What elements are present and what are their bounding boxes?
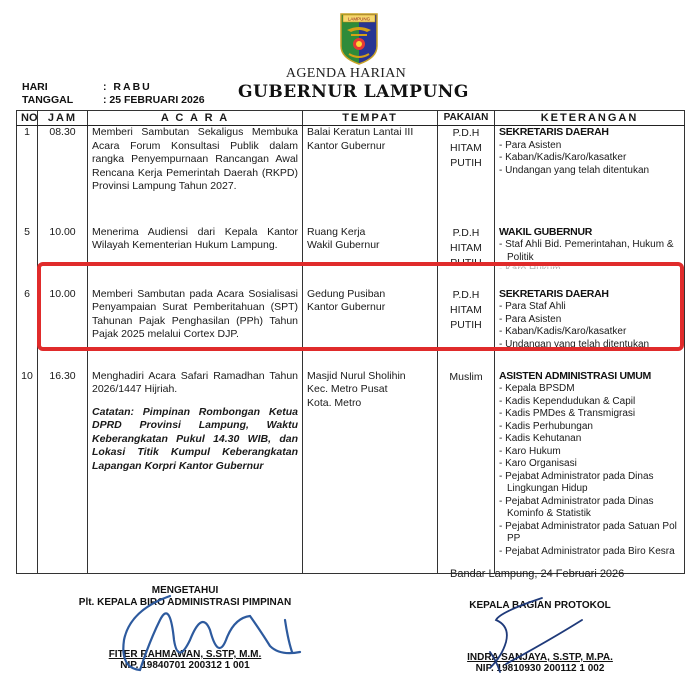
tempat-line: Masjid Nurul Sholihin (307, 370, 433, 384)
keterangan-item: - Staf Ahli Bid. Pemerintahan, Hukum & P… (499, 239, 680, 264)
keterangan-item: - Para Asisten (499, 140, 680, 153)
keterangan-item: - Pejabat Administrator pada Dinas Lingk… (499, 471, 680, 496)
left-signer-name: FITER RAHMAWAN, S.STP, M.M. (40, 649, 330, 660)
lampung-coat-of-arms-logo: LAMPUNG (339, 12, 379, 66)
cell-jam: 10.00 (38, 226, 88, 276)
pakaian-line: HITAM (442, 303, 490, 318)
keterangan-item: - Kadis PMDes & Transmigrasi (499, 408, 680, 421)
keterangan-item: - Karo Hukum (499, 446, 680, 459)
keterangan-head: ASISTEN ADMINISTRASI UMUM (499, 370, 680, 384)
agenda-table: NO JAM A C A R A TEMPAT PAKAIAN KETERANG… (16, 110, 685, 574)
keterangan-head: SEKRETARIS DAERAH (499, 126, 680, 140)
tempat-line: Balai Keratun Lantai III (307, 126, 433, 140)
col-header-pakaian: PAKAIAN (438, 111, 495, 126)
keterangan-item: - Kadis Kependudukan & Capil (499, 396, 680, 409)
svg-text:LAMPUNG: LAMPUNG (348, 17, 371, 22)
keterangan-head: SEKRETARIS DAERAH (499, 288, 680, 302)
keterangan-item: - Kaban/Kadis/Karo/kasatker (499, 152, 680, 165)
col-header-no: NO (17, 111, 38, 126)
cell-keterangan: ASISTEN ADMINISTRASI UMUM - Kepala BPSDM… (495, 367, 685, 574)
tempat-line: Wakil Gubernur (307, 239, 433, 253)
cell-no: 1 (17, 126, 38, 226)
agenda-title: AGENDA HARIAN (0, 66, 692, 82)
left-signer-nip: NIP. 19840701 200312 1 001 (40, 660, 330, 671)
cell-tempat: Masjid Nurul Sholihin Kec. Metro Pusat K… (303, 367, 438, 574)
col-header-jam: JAM (38, 111, 88, 126)
cell-pakaian: Muslim (438, 367, 495, 574)
cell-keterangan: SEKRETARIS DAERAH - Para Staf Ahli - Par… (495, 276, 685, 367)
table-row: 10 16.30 Menghadiri Acara Safari Ramadha… (17, 367, 685, 574)
cell-jam: 10.00 (38, 276, 88, 367)
catatan-note: Catatan: Pimpinan Rombongan Ketua DPRD P… (92, 406, 298, 474)
keterangan-item: - Undangan yang telah ditentukan (499, 339, 680, 352)
hari-label: HARI (22, 81, 48, 93)
left-signer-title: Plt. KEPALA BIRO ADMINISTRASI PIMPINAN (40, 597, 330, 608)
tempat-line: Kec. Metro Pusat (307, 383, 433, 397)
right-signer-nip: NIP. 19810930 200112 1 002 (430, 663, 650, 674)
cell-acara: Menerima Audiensi dari Kepala Kantor Wil… (88, 226, 303, 276)
cell-acara: Menghadiri Acara Safari Ramadhan Tahun 2… (88, 367, 303, 574)
keterangan-item: - Kepala BPSDM (499, 383, 680, 396)
cell-jam: 16.30 (38, 367, 88, 574)
cell-acara: Memberi Sambutan pada Acara Sosialisasi … (88, 276, 303, 367)
keterangan-item: - Kadis Perhubungan (499, 421, 680, 434)
pakaian-line: PUTIH (442, 256, 490, 271)
keterangan-item: - Kaban/Kadis/Karo/kasatker (499, 326, 680, 339)
tanggal-value: : 25 FEBRUARI 2026 (103, 94, 205, 106)
keterangan-item: - Karo Organisasi (499, 458, 680, 471)
table-row: 1 08.30 Memberi Sambutan Sekaligus Membu… (17, 126, 685, 226)
pakaian-line: PUTIH (442, 156, 490, 171)
cell-tempat: Ruang Kerja Wakil Gubernur (303, 226, 438, 276)
pakaian-line: Muslim (442, 370, 490, 385)
keterangan-item: - Para Staf Ahli (499, 301, 680, 314)
keterangan-item: - Para Asisten (499, 314, 680, 327)
pakaian-line: HITAM (442, 141, 490, 156)
col-header-acara: A C A R A (88, 111, 303, 126)
cell-jam: 08.30 (38, 126, 88, 226)
table-header-row: NO JAM A C A R A TEMPAT PAKAIAN KETERANG… (17, 111, 685, 126)
keterangan-head: WAKIL GUBERNUR (499, 226, 680, 240)
cell-no: 10 (17, 367, 38, 574)
main-title: GUBERNUR LAMPUNG (238, 82, 469, 102)
keterangan-item: - Pejabat Administrator pada Dinas Komin… (499, 496, 680, 521)
keterangan-item: - Pejabat Administrator pada Satuan Pol … (499, 521, 680, 546)
pakaian-line: P.D.H (442, 288, 490, 303)
pakaian-line: HITAM (442, 241, 490, 256)
right-signer-title: KEPALA BAGIAN PROTOKOL (430, 600, 650, 611)
table-row-highlighted: 6 10.00 Memberi Sambutan pada Acara Sosi… (17, 276, 685, 367)
cell-no: 5 (17, 226, 38, 276)
pakaian-line: P.D.H (442, 226, 490, 241)
keterangan-item: - Kadis Kehutanan (499, 433, 680, 446)
acara-text: Menghadiri Acara Safari Ramadhan Tahun 2… (92, 370, 298, 397)
mengetahui-label: MENGETAHUI (40, 585, 330, 596)
cell-acara: Memberi Sambutan Sekaligus Membuka Acara… (88, 126, 303, 226)
col-header-keterangan: KETERANGAN (495, 111, 685, 126)
tempat-line: Gedung Pusiban (307, 288, 433, 302)
cell-tempat: Balai Keratun Lantai III Kantor Gubernur (303, 126, 438, 226)
cell-pakaian: P.D.H HITAM PUTIH (438, 276, 495, 367)
cell-pakaian: P.D.H HITAM PUTIH (438, 126, 495, 226)
tempat-line: Kota. Metro (307, 397, 433, 411)
pakaian-line: PUTIH (442, 318, 490, 333)
right-signer-name: INDRA SANJAYA, S.STP, M.PA. (430, 652, 650, 663)
tanggal-label: TANGGAL (22, 94, 73, 106)
place-date: Bandar Lampung, 24 Februari 2026 (450, 568, 624, 580)
cell-keterangan: WAKIL GUBERNUR - Staf Ahli Bid. Pemerint… (495, 226, 685, 276)
tempat-line: Kantor Gubernur (307, 140, 433, 154)
signature-block-right: KEPALA BAGIAN PROTOKOL INDRA SANJAYA, S.… (430, 600, 650, 674)
cell-tempat: Gedung Pusiban Kantor Gubernur (303, 276, 438, 367)
tempat-line: Kantor Gubernur (307, 301, 433, 315)
table-row: 5 10.00 Menerima Audiensi dari Kepala Ka… (17, 226, 685, 276)
tempat-line: Ruang Kerja (307, 226, 433, 240)
pakaian-line: P.D.H (442, 126, 490, 141)
cell-keterangan: SEKRETARIS DAERAH - Para Asisten - Kaban… (495, 126, 685, 226)
signature-block-left: MENGETAHUI Plt. KEPALA BIRO ADMINISTRASI… (40, 585, 330, 671)
keterangan-item: - Undangan yang telah ditentukan (499, 165, 680, 178)
hari-value: : RABU (103, 81, 152, 93)
cell-pakaian: P.D.H HITAM PUTIH (438, 226, 495, 276)
cell-no: 6 (17, 276, 38, 367)
keterangan-item: - Karo Hukum (499, 264, 680, 269)
keterangan-item: - Pejabat Administrator pada Biro Kesra (499, 546, 680, 559)
col-header-tempat: TEMPAT (303, 111, 438, 126)
